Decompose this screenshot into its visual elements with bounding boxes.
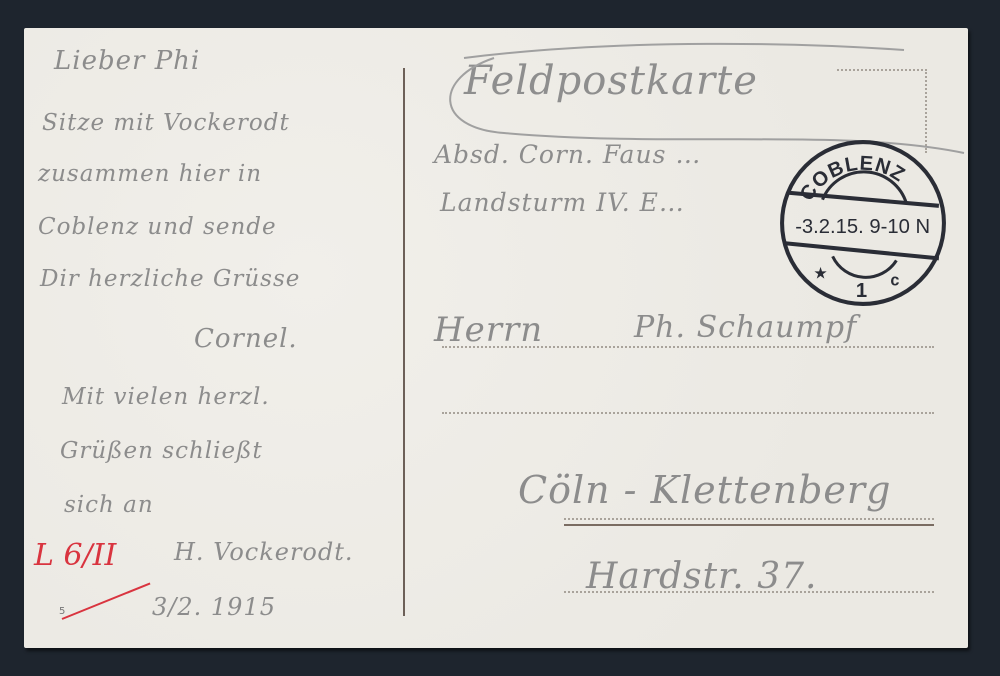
postscript-line-3: sich an (64, 492, 154, 518)
postcard: Lieber Phi Sitze mit Vockerodt zusammen … (24, 28, 968, 648)
message-line-3: zusammen hier in (38, 161, 262, 187)
address-line-4 (564, 591, 934, 593)
message-line-2: Sitze mit Vockerodt (42, 110, 290, 136)
message-date: 3/2. 1915 (152, 593, 276, 621)
recipient-name: Ph. Schaumpf (634, 310, 857, 345)
recipient-city: Cöln - Klettenberg (518, 468, 891, 512)
message-signature-cornel: Cornel. (194, 324, 298, 354)
address-solid-line (564, 524, 934, 526)
address-line-3 (564, 518, 934, 520)
postscript-line-2: Grüßen schließt (60, 438, 263, 464)
postmark-star: ★ (813, 265, 828, 283)
postscript-signature: H. Vockerodt. (174, 538, 354, 566)
sender-line-2: Landsturm IV. E… (440, 188, 685, 217)
postmark-number: 1 (856, 280, 867, 302)
message-line-1: Lieber Phi (54, 46, 200, 76)
message-line-5: Dir herzliche Grüsse (40, 266, 300, 292)
message-line-4: Coblenz und sende (38, 214, 277, 240)
address-line-2 (442, 412, 934, 414)
recipient-salutation: Herrn (434, 310, 543, 350)
coblenz-postmark: COBLENZ -3.2.15. 9-10 N ★ 1 c (777, 137, 949, 309)
sender-line-1: Absd. Corn. Faus … (434, 140, 701, 169)
postmark-date: -3.2.15. 9-10 N (795, 216, 930, 238)
postscript-line-1: Mit vielen herzl. (62, 384, 270, 410)
postmark-letter: c (890, 272, 899, 290)
print-number: 5 (59, 606, 65, 617)
center-divider (403, 68, 405, 616)
red-pencil-mark: L 6/II (34, 538, 116, 573)
address-line-1 (442, 346, 934, 348)
red-underline (62, 582, 151, 619)
